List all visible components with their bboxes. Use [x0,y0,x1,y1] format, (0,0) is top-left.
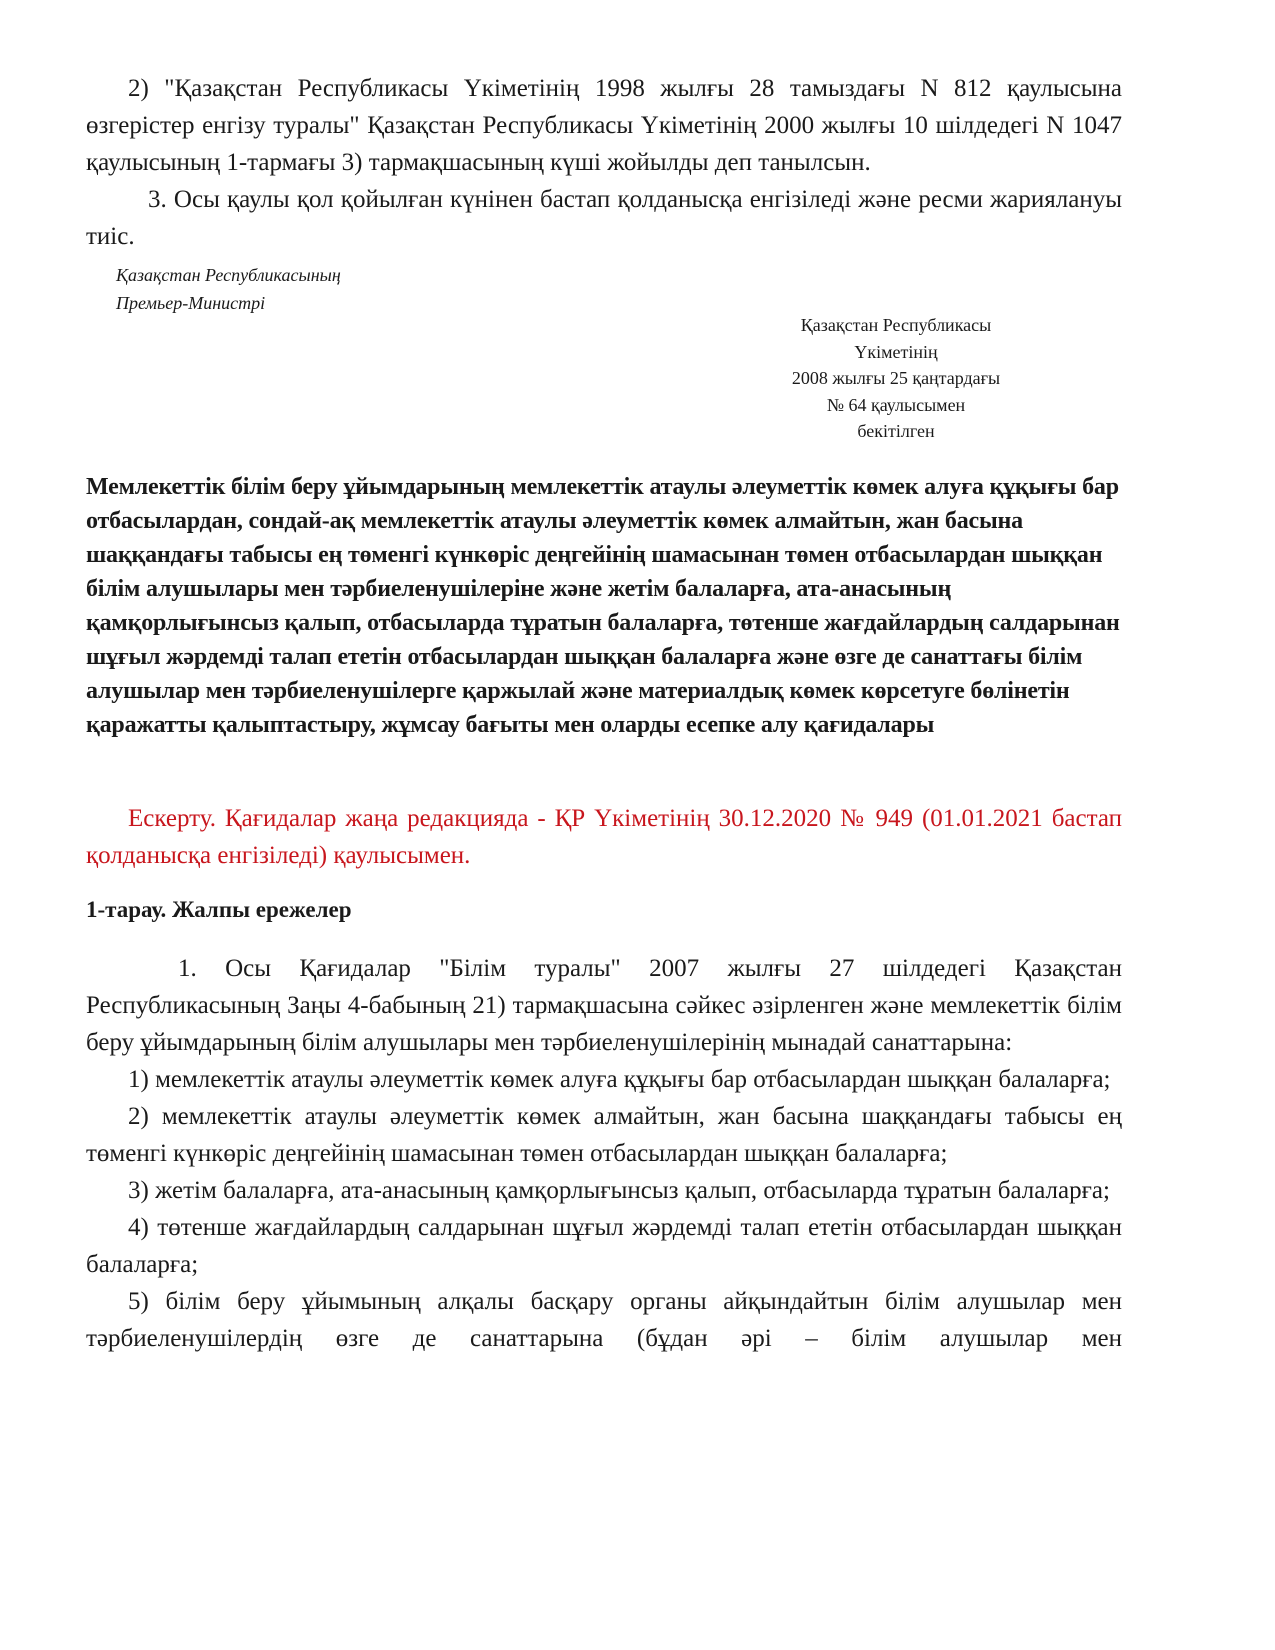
approval-line-3: 2008 жылғы 25 қаңтардағы [746,365,1046,392]
signature-block: Қазақстан Республикасының Премьер-Минист… [116,261,1122,317]
list-item: 1) мемлекеттік атаулы әлеуметтік көмек а… [86,1061,1122,1098]
list-item: 2) мемлекеттік атаулы әлеуметтік көмек а… [86,1098,1122,1172]
list-item: 5) білім беру ұйымының алқалы басқару ор… [86,1283,1122,1357]
list-item: 3) жетім балаларға, ата-анасының қамқорл… [86,1172,1122,1209]
list-item: 4) төтенше жағдайлардың салдарынан шұғыл… [86,1209,1122,1283]
paragraph-subitem-2: 2) "Қазақстан Республикасы Үкіметінің 19… [86,70,1122,181]
chapter-heading: 1-тарау. Жалпы ережелер [86,897,352,923]
signature-line-1: Қазақстан Республикасының [116,261,1122,289]
editorial-note: Ескерту. Қағидалар жаңа редакцияда - ҚР … [86,800,1122,874]
approval-line-1: Қазақстан Республикасы [746,312,1046,339]
approval-line-4: № 64 қаулысымен [746,392,1046,419]
chapter-body: 1. Осы Қағидалар "Білім туралы" 2007 жыл… [86,950,1122,1357]
approval-line-2: Үкіметінің [746,339,1046,366]
approval-line-5: бекітілген [746,418,1046,445]
approval-stamp: Қазақстан Республикасы Үкіметінің 2008 ж… [746,312,1046,445]
rules-title: Мемлекеттік білім беру ұйымдарының мемле… [86,470,1122,742]
document-page: 2) "Қазақстан Республикасы Үкіметінің 19… [86,70,1122,317]
paragraph-3-effective-date: 3. Осы қаулы қол қойылған күнінен бастап… [86,181,1122,255]
paragraph-1: 1. Осы Қағидалар "Білім туралы" 2007 жыл… [86,950,1122,1061]
